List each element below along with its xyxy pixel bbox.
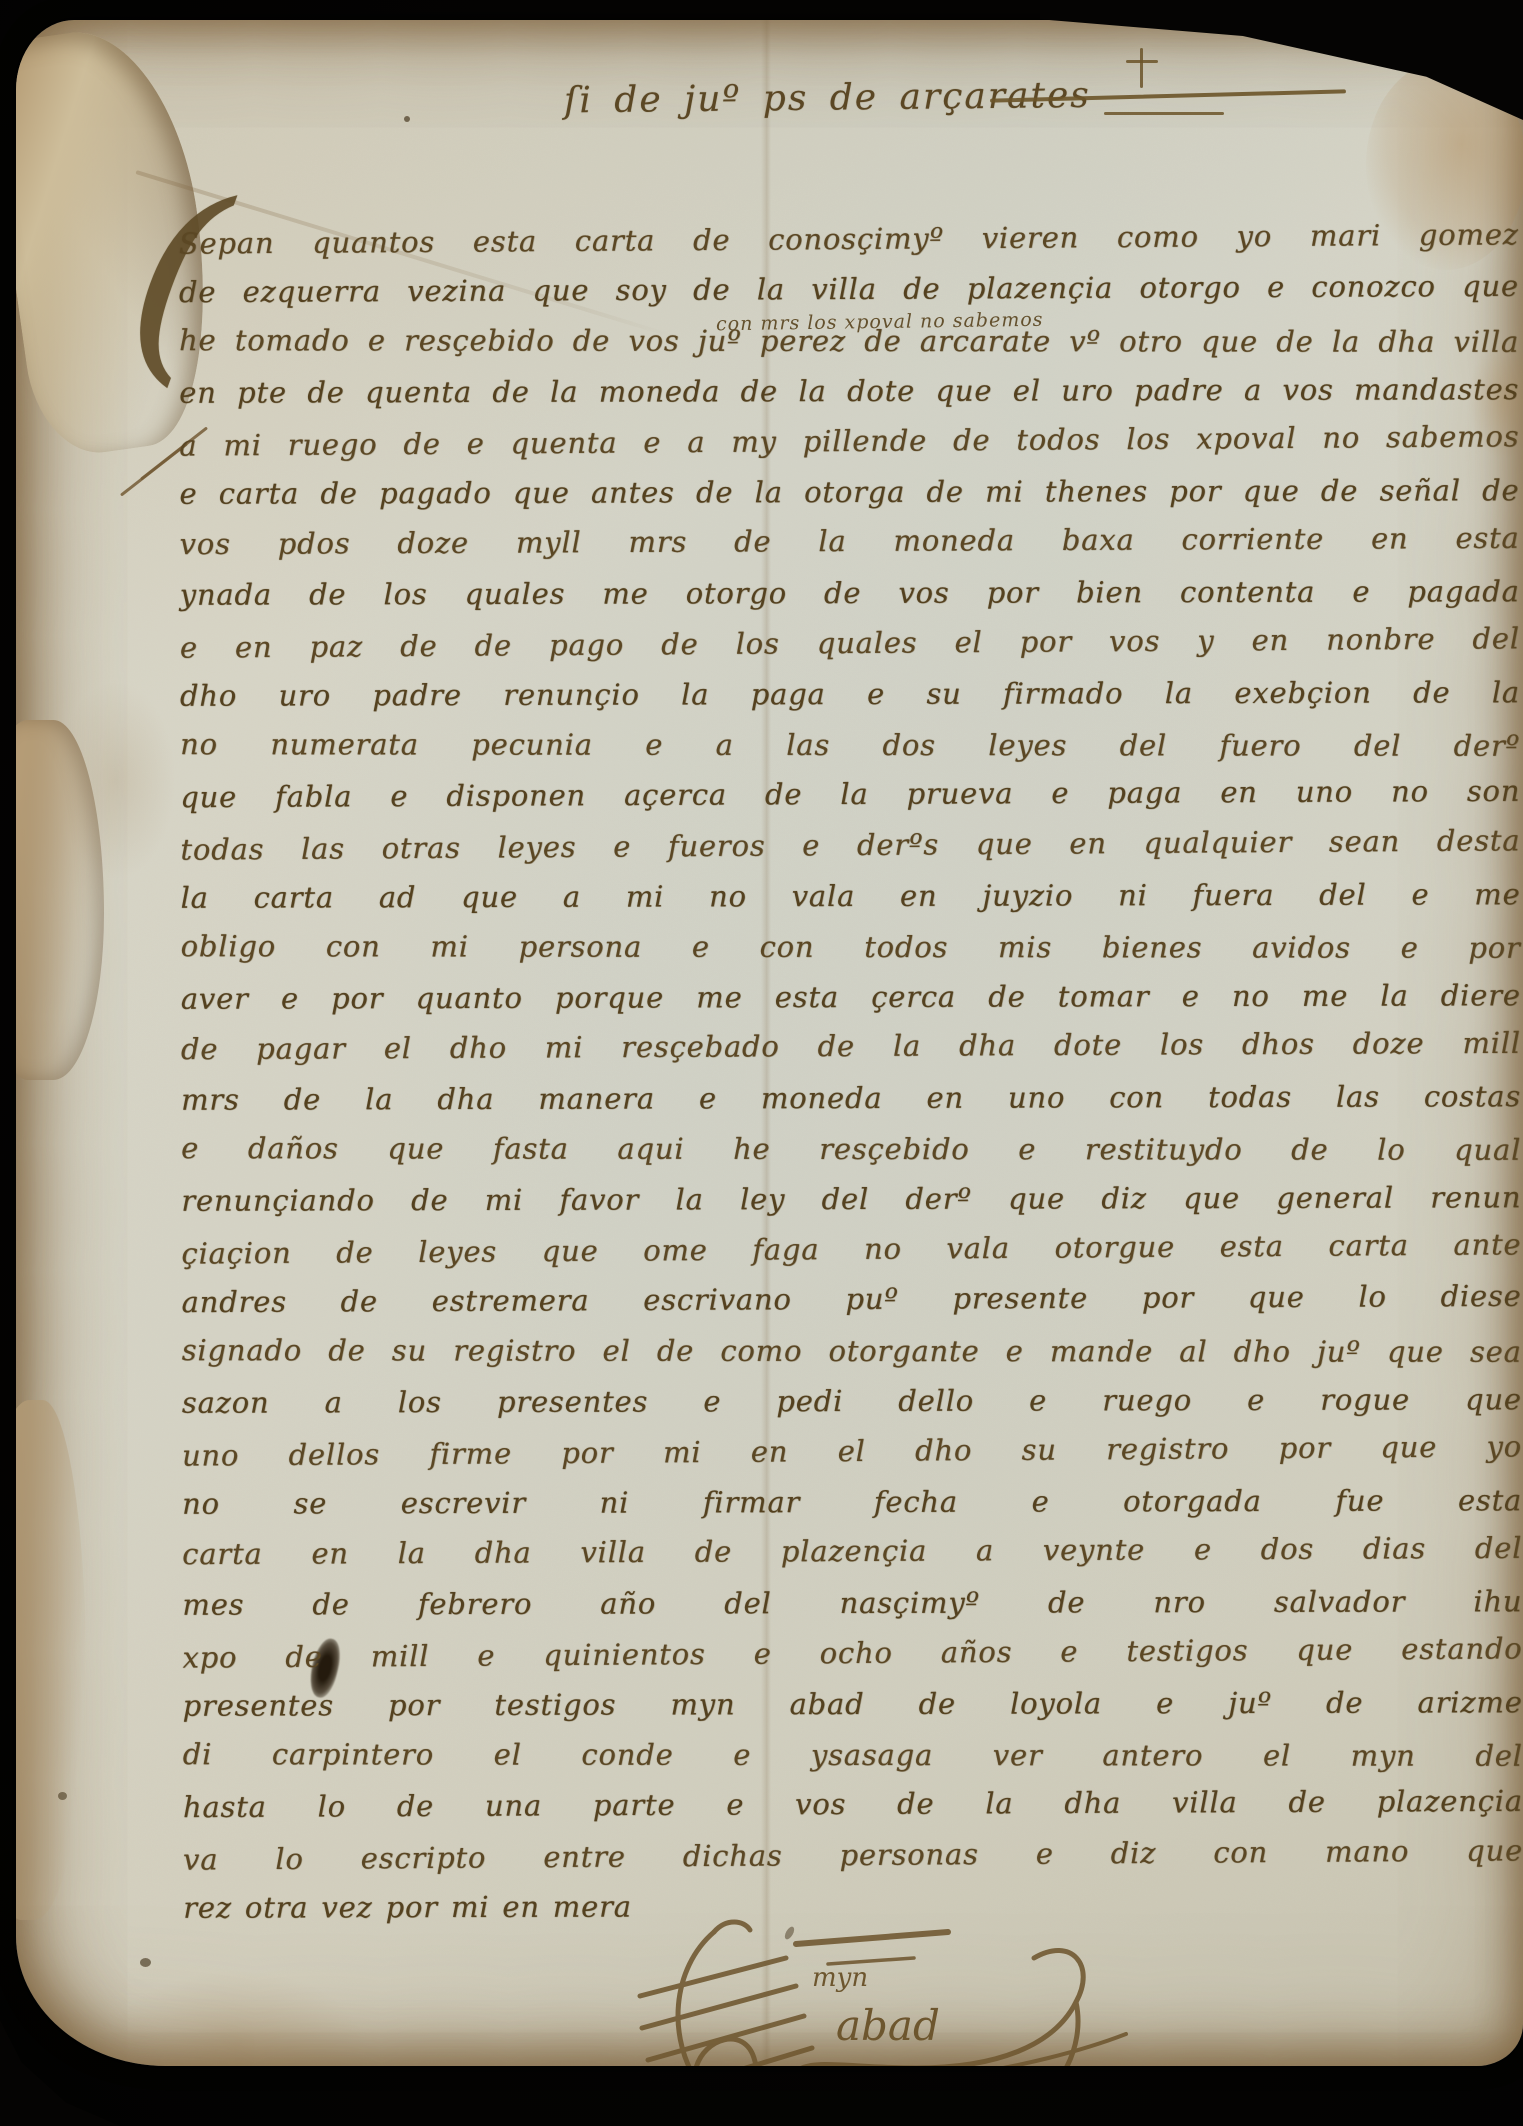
- stain: [106, 1970, 366, 2066]
- manuscript-line: ynada de los quales me otorgo de vos por…: [180, 566, 1520, 620]
- manuscript-line: uno dellos firme por mi en el dho su reg…: [182, 1421, 1522, 1481]
- manuscript-line: de ezquerra vezina que soy de la villa d…: [179, 260, 1519, 317]
- manuscript-line: a mi ruego de e quenta e a my pillende d…: [179, 411, 1519, 471]
- manuscript-line: de pagar el dho mi resçebado de la dha d…: [181, 1018, 1521, 1075]
- manuscript-line: vos pdos doze myll mrs de la moneda baxa…: [179, 513, 1519, 570]
- manuscript-page: ſi de juº ps de arçarates ( con mrs los …: [16, 20, 1523, 2066]
- manuscript-line: no se escrevir ni firmar fecha e otorgad…: [182, 1475, 1522, 1529]
- foxing-spot: [140, 1958, 151, 1967]
- manuscript-line: mes de febrero año del nasçimyº de nro s…: [182, 1576, 1522, 1630]
- manuscript-line: todas las otras leyes e fueros e derºs q…: [180, 815, 1520, 875]
- signature-rubric-icon: myn abad: [614, 1916, 1154, 2066]
- signature-block: myn abad: [614, 1916, 1154, 2066]
- heading-overline-stroke: [1104, 112, 1224, 115]
- manuscript-line: çiaçion de leyes que ome faga no vala ot…: [181, 1219, 1521, 1279]
- cross-mark-icon: [1140, 48, 1143, 88]
- manuscript-line: signado de su registro el de como otorga…: [182, 1325, 1522, 1377]
- manuscript-line: renunçiando de mi favor la ley del derº …: [181, 1172, 1521, 1226]
- manuscript-line: obligo con mi persona e con todos mis bi…: [181, 921, 1521, 973]
- manuscript-line: no numerata pecunia e a las dos leyes de…: [180, 719, 1520, 771]
- manuscript-line: va lo escripto entre dichas personas e d…: [183, 1825, 1523, 1885]
- manuscript-line: e daños que fasta aqui he resçebido e re…: [181, 1123, 1521, 1175]
- signature-name: abad: [836, 2001, 940, 2050]
- manuscript-line: e carta de pagado que antes de la otorga…: [179, 465, 1519, 519]
- signature-superscript: myn: [812, 1963, 868, 1993]
- manuscript-line: carta en la dha villa de plazençia a vey…: [182, 1523, 1522, 1580]
- manuscript-line: andres de estremera escrivano puº presen…: [181, 1270, 1521, 1327]
- manuscript-line: di carpintero el conde e ysasaga ver ant…: [183, 1729, 1523, 1781]
- foxing-spot: [404, 116, 410, 122]
- manuscript-line: hasta lo de una parte e vos de la dha vi…: [183, 1775, 1523, 1832]
- photograph-background: ſi de juº ps de arçarates ( con mrs los …: [0, 0, 1523, 2126]
- stain: [56, 680, 176, 880]
- heading-title: ſi de juº ps de arçarates: [564, 72, 1404, 122]
- cross-mark-icon: [1126, 60, 1158, 63]
- manuscript-line: xpo de mill e quinientos e ocho años e t…: [182, 1623, 1522, 1683]
- manuscript-line: mrs de la dha manera e moneda en uno con…: [181, 1071, 1521, 1125]
- manuscript-line: sazon a los presentes e pedi dello e rue…: [182, 1374, 1522, 1428]
- manuscript-line: he tomado e resçebido de vos juº perez d…: [179, 315, 1519, 367]
- manuscript-body: Sepan quantos esta carta de conosçimyº v…: [179, 212, 1523, 1933]
- manuscript-line: dho uro padre renunçio la paga e su firm…: [180, 667, 1520, 721]
- manuscript-line: presentes por testigos myn abad de loyol…: [183, 1677, 1523, 1731]
- left-edge-fold: [16, 720, 104, 1080]
- left-edge-fold: [16, 1400, 86, 1920]
- foxing-spot: [58, 1792, 67, 1800]
- manuscript-line: que fabla e disponen açerca de la prueva…: [180, 765, 1520, 822]
- manuscript-line: Sepan quantos esta carta de conosçimyº v…: [179, 209, 1519, 269]
- manuscript-line: e en paz de de pago de los quales el por…: [180, 613, 1520, 673]
- manuscript-line: aver e por quanto porque me esta çerca d…: [181, 970, 1521, 1024]
- manuscript-line: en pte de quenta de la moneda de la dote…: [179, 364, 1519, 418]
- manuscript-line: la carta ad que a mi no vala en juyzio n…: [180, 869, 1520, 923]
